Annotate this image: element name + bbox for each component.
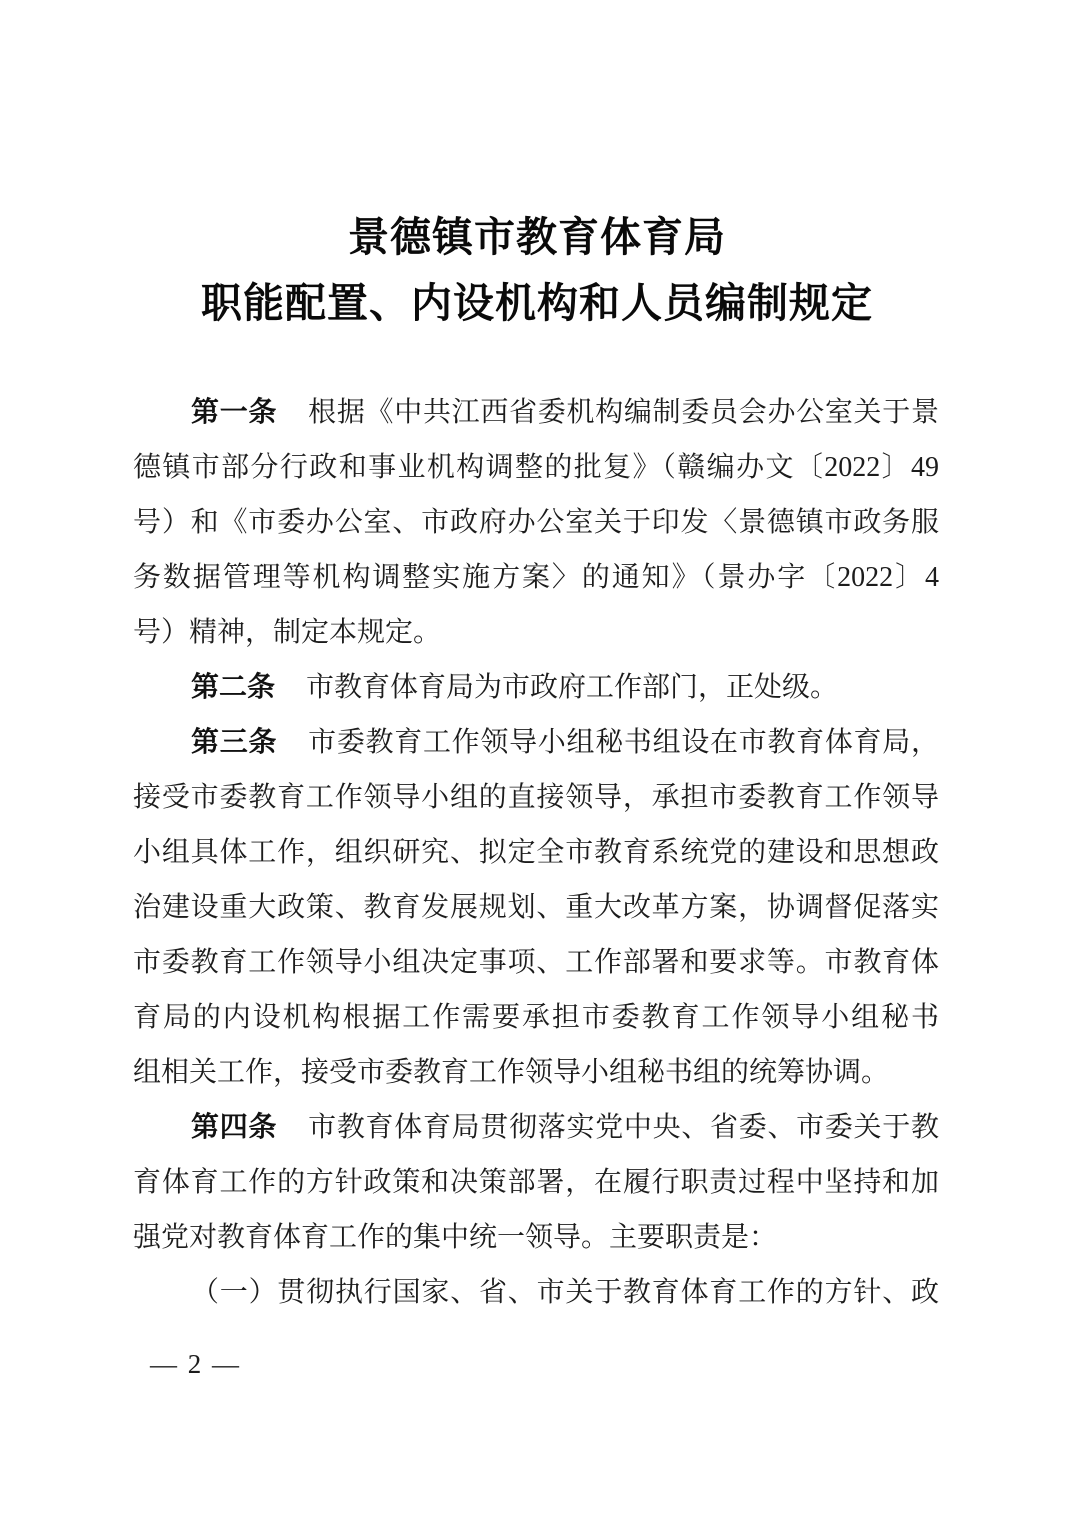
body-line: 第三条市委教育工作领导小组秘书组设在市教育体育局，	[133, 715, 939, 770]
page-number: — 2 —	[150, 1349, 241, 1379]
body-line-text: 接受市委教育工作领导小组的直接领导，承担市委教育工作领导	[133, 782, 939, 813]
body-line-text: 号）和《市委办公室、市政府办公室关于印发〈景德镇市政务服	[133, 507, 939, 538]
body-line: 小组具体工作，组织研究、拟定全市教育系统党的建设和思想政	[133, 825, 939, 880]
body-line-text: 根据《中共江西省委机构编制委员会办公室关于景	[308, 397, 939, 428]
body-line-text: 市教育体育局为市政府工作部门，正处级。	[306, 672, 838, 703]
body-line: 治建设重大政策、教育发展规划、重大改革方案，协调督促落实	[133, 880, 939, 935]
body-line: 第二条市教育体育局为市政府工作部门，正处级。	[133, 660, 939, 715]
body-line-text: （一）贯彻执行国家、省、市关于教育体育工作的方针、政	[191, 1277, 939, 1308]
document-body: 第一条根据《中共江西省委机构编制委员会办公室关于景德镇市部分行政和事业机构调整的…	[133, 385, 939, 1320]
body-line-text: 号）精神，制定本规定。	[133, 617, 441, 648]
body-line: 育局的内设机构根据工作需要承担市委教育工作领导小组秘书	[133, 990, 939, 1045]
title-line-2: 职能配置、内设机构和人员编制规定	[0, 270, 1074, 336]
body-line: 第一条根据《中共江西省委机构编制委员会办公室关于景	[133, 385, 939, 440]
body-line-text: 市委教育工作领导小组秘书组设在市教育体育局，	[308, 727, 939, 758]
body-line-text: 育体育工作的方针政策和决策部署，在履行职责过程中坚持和加	[133, 1167, 939, 1198]
body-line-text: 德镇市部分行政和事业机构调整的批复》（赣编办文〔2022〕49	[133, 452, 939, 483]
body-line-text: 治建设重大政策、教育发展规划、重大改革方案，协调督促落实	[133, 892, 939, 923]
body-line: （一）贯彻执行国家、省、市关于教育体育工作的方针、政	[133, 1265, 939, 1320]
body-line: 德镇市部分行政和事业机构调整的批复》（赣编办文〔2022〕49	[133, 440, 939, 495]
body-line: 组相关工作，接受市委教育工作领导小组秘书组的统筹协调。	[133, 1045, 939, 1100]
body-line: 号）精神，制定本规定。	[133, 605, 939, 660]
article-number: 第三条	[191, 727, 277, 758]
article-number: 第二条	[191, 672, 275, 703]
title-line-1: 景德镇市教育体育局	[0, 204, 1074, 270]
body-line: 强党对教育体育工作的集中统一领导。主要职责是：	[133, 1210, 939, 1265]
body-line-text: 市委教育工作领导小组决定事项、工作部署和要求等。市教育体	[133, 947, 939, 978]
body-line: 号）和《市委办公室、市政府办公室关于印发〈景德镇市政务服	[133, 495, 939, 550]
page-footer: — 2 —	[150, 1344, 241, 1384]
body-line-text: 小组具体工作，组织研究、拟定全市教育系统党的建设和思想政	[133, 837, 939, 868]
body-line-text: 市教育体育局贯彻落实党中央、省委、市委关于教	[308, 1112, 939, 1143]
body-line: 育体育工作的方针政策和决策部署，在履行职责过程中坚持和加	[133, 1155, 939, 1210]
body-line-text: 强党对教育体育工作的集中统一领导。主要职责是：	[133, 1222, 777, 1253]
document-title: 景德镇市教育体育局 职能配置、内设机构和人员编制规定	[0, 204, 1074, 336]
body-line: 接受市委教育工作领导小组的直接领导，承担市委教育工作领导	[133, 770, 939, 825]
body-line-text: 组相关工作，接受市委教育工作领导小组秘书组的统筹协调。	[133, 1057, 889, 1088]
body-line: 市委教育工作领导小组决定事项、工作部署和要求等。市教育体	[133, 935, 939, 990]
body-line-text: 育局的内设机构根据工作需要承担市委教育工作领导小组秘书	[133, 1002, 939, 1033]
body-line-text: 务数据管理等机构调整实施方案〉的通知》（景办字〔2022〕4	[133, 562, 939, 593]
body-line: 务数据管理等机构调整实施方案〉的通知》（景办字〔2022〕4	[133, 550, 939, 605]
article-number: 第四条	[191, 1112, 277, 1143]
body-line: 第四条市教育体育局贯彻落实党中央、省委、市委关于教	[133, 1100, 939, 1155]
document-page: 景德镇市教育体育局 职能配置、内设机构和人员编制规定 第一条根据《中共江西省委机…	[0, 0, 1074, 1520]
article-number: 第一条	[191, 397, 277, 428]
